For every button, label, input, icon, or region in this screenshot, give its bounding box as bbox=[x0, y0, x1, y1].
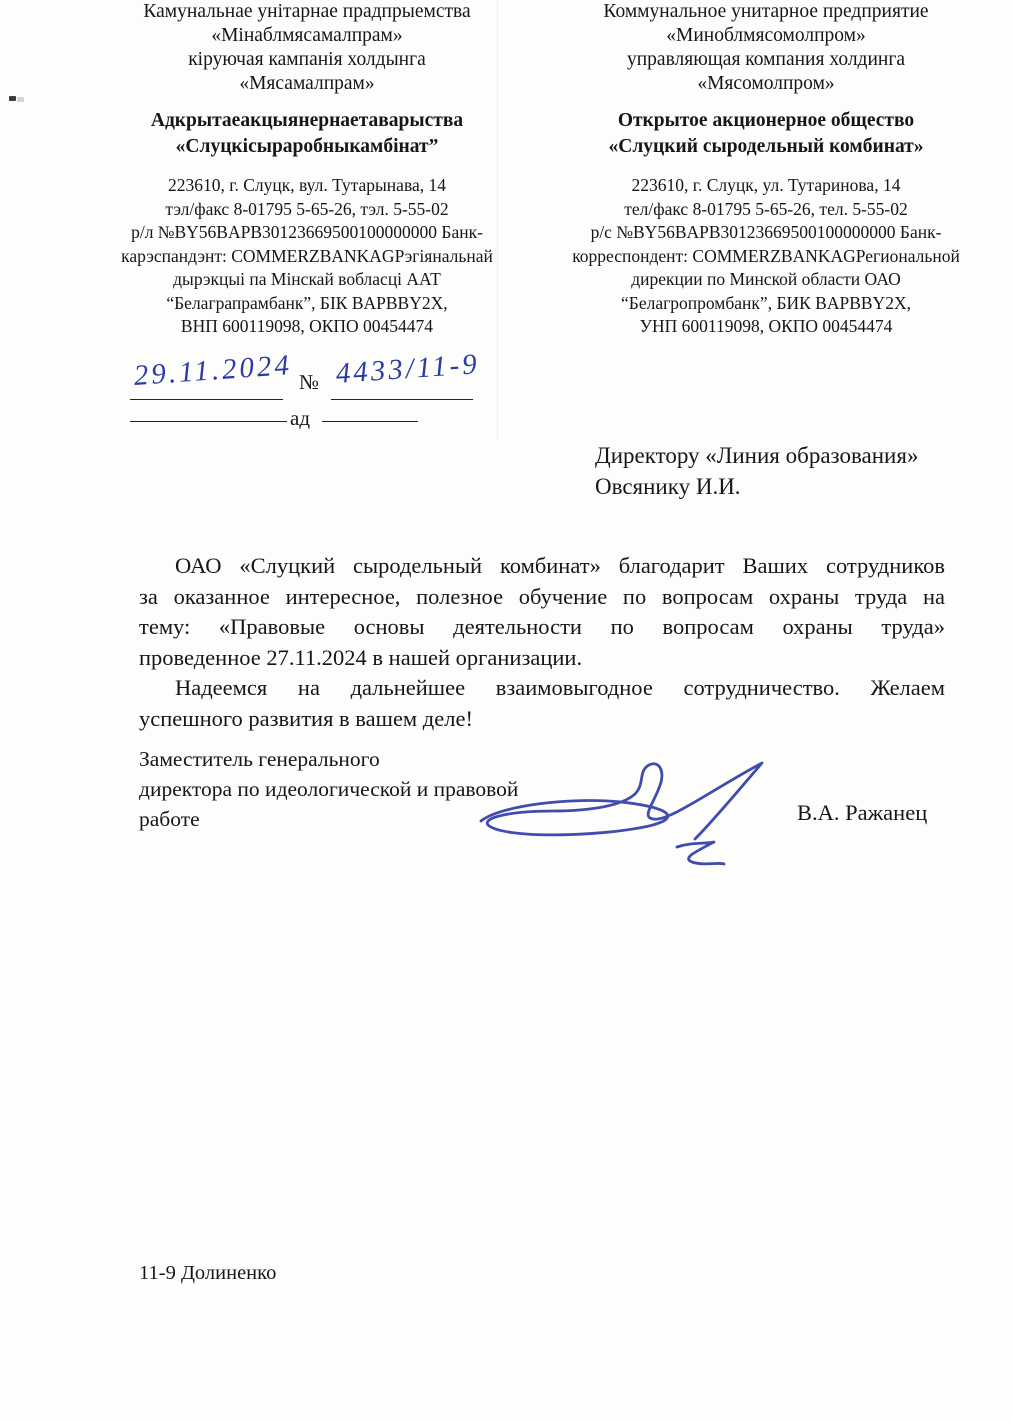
address-block: 223610, г. Слуцк, ул. Тутаринова, 14 тел… bbox=[566, 174, 966, 339]
body-line: ОАО «Слуцкий сыродельный комбинат» благо… bbox=[139, 551, 945, 582]
address-block: 223610, г. Слуцк, вул. Тутарынава, 14 тэ… bbox=[112, 174, 502, 339]
scanned-letter-page: { "document": { "letterhead": { "left": … bbox=[0, 0, 1012, 1422]
body-line: проведенное 27.11.2024 в нашей организац… bbox=[139, 643, 945, 674]
letterhead-left: Камунальнае унітарнае прадпрыемства «Мін… bbox=[112, 0, 502, 339]
signatory-title-line: работе bbox=[139, 804, 518, 834]
body-line: за оказанное интересное, полезное обучен… bbox=[139, 582, 945, 613]
address-line: 223610, г. Слуцк, вул. Тутарынава, 14 bbox=[112, 174, 502, 198]
executor-reference: 11-9 Долиненко bbox=[139, 1262, 276, 1285]
from-label: ад bbox=[290, 406, 310, 431]
number-underline bbox=[331, 399, 473, 400]
org-name-line: кіруючая кампанія холдынга bbox=[112, 48, 502, 72]
address-line: 223610, г. Слуцк, ул. Тутаринова, 14 bbox=[566, 174, 966, 198]
from-date-underline bbox=[130, 421, 287, 422]
org-name-line: «Миноблмясомолпром» bbox=[566, 24, 966, 48]
address-line: УНП 600119098, ОКПО 00454474 bbox=[566, 315, 966, 339]
address-line: дирекции по Минской области ОАО bbox=[566, 268, 966, 292]
handwritten-date: 29.11.2024 bbox=[133, 349, 293, 393]
org-name-line: Коммунальное унитарное предприятие bbox=[566, 0, 966, 24]
scan-speck bbox=[9, 96, 16, 101]
letterhead-right: Коммунальное унитарное предприятие «Мино… bbox=[566, 0, 966, 339]
body-line: успешного развития в вашем деле! bbox=[139, 704, 945, 735]
number-label: № bbox=[299, 370, 319, 395]
address-line: тел/факс 8-01795 5-65-26, тел. 5-55-02 bbox=[566, 198, 966, 222]
org-name-line: «Мінаблмясамалпрам» bbox=[112, 24, 502, 48]
company-name-line: «Слуцкий сыродельный комбинат» bbox=[566, 134, 966, 160]
addressee-line: Директору «Линия образования» bbox=[595, 440, 918, 471]
address-line: тэл/факс 8-01795 5-65-26, тэл. 5-55-02 bbox=[112, 198, 502, 222]
signatory-title: Заместитель генерального директора по ид… bbox=[139, 744, 518, 834]
letter-body: ОАО «Слуцкий сыродельный комбинат» благо… bbox=[139, 551, 945, 734]
org-name-line: Камунальнае унітарнае прадпрыемства bbox=[112, 0, 502, 24]
signatory-title-line: директора по идеологической и правовой bbox=[139, 774, 518, 804]
addressee-line: Овсянику И.И. bbox=[595, 471, 918, 502]
org-name-line: управляющая компания холдинга bbox=[566, 48, 966, 72]
handwritten-signature bbox=[473, 757, 778, 877]
address-line: корреспондент: COMMERZBANKAGРегиональной bbox=[566, 245, 966, 269]
address-line: карэспандэнт: COMMERZBANKAGРэгіянальнай bbox=[112, 245, 502, 269]
address-line: ВНП 600119098, ОКПО 00454474 bbox=[112, 315, 502, 339]
address-line: р/с №BY56BAPB30123669500100000000 Банк- bbox=[566, 221, 966, 245]
company-name-block: Открытое акционерное общество «Слуцкий с… bbox=[566, 108, 966, 160]
company-name-line: Адкрытаеакцыянернаетаварыства bbox=[112, 108, 502, 134]
org-name-line: «Мясомолпром» bbox=[566, 72, 966, 96]
company-name-line: «Слуцкісыраробныкамбінат” bbox=[112, 134, 502, 160]
body-line: тему: «Правовые основы деятельности по в… bbox=[139, 612, 945, 643]
from-number-underline bbox=[322, 421, 418, 422]
org-name-line: «Мясамалпрам» bbox=[112, 72, 502, 96]
date-underline bbox=[130, 399, 283, 400]
address-line: “Белагропромбанк”, БИК BAPBBY2X, bbox=[566, 292, 966, 316]
addressee-block: Директору «Линия образования» Овсянику И… bbox=[595, 440, 918, 502]
signatory-title-line: Заместитель генерального bbox=[139, 744, 518, 774]
handwritten-ref-number: 4433/11-9 bbox=[335, 348, 481, 391]
company-name-line: Открытое акционерное общество bbox=[566, 108, 966, 134]
company-name-block: Адкрытаеакцыянернаетаварыства «Слуцкісыр… bbox=[112, 108, 502, 160]
address-line: р/л №BY56BAPB30123669500100000000 Банк- bbox=[112, 221, 502, 245]
body-line: Надеемся на дальнейшее взаимовыгодное со… bbox=[139, 673, 945, 704]
address-line: “Белаграпрамбанк”, БІК BAPBBY2X, bbox=[112, 292, 502, 316]
address-line: дырэкцыі па Мінскай вобласці ААТ bbox=[112, 268, 502, 292]
signatory-name: В.А. Ражанец bbox=[797, 800, 927, 826]
